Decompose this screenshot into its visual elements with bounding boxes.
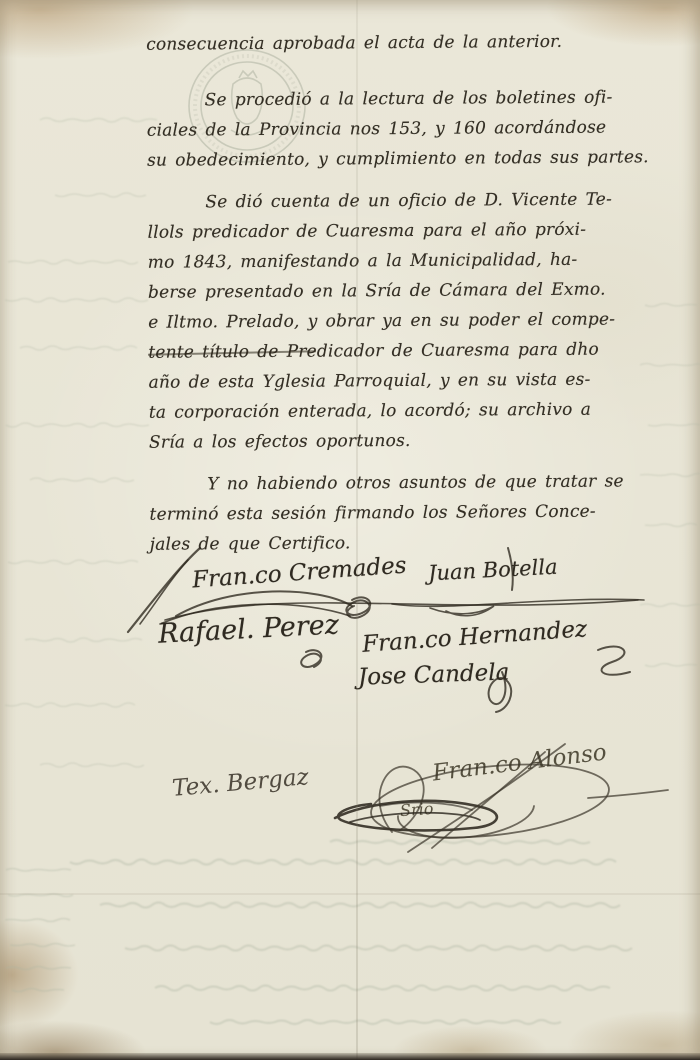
body-text: consecuencia aprobada el acta de la ante… (146, 26, 650, 571)
manuscript-line: terminó esta sesión firmando los Señores… (149, 496, 649, 529)
manuscript-line: consecuencia aprobada el acta de la ante… (146, 26, 646, 59)
manuscript-line: berse presentado en la Sría de Cámara de… (148, 274, 648, 307)
signature-perez: Rafael. Perez (157, 609, 339, 649)
signature-candela: Jose Candela (358, 659, 510, 690)
manuscript-line: e Iltmo. Prelado, y obrar ya en su poder… (148, 304, 648, 337)
fold-crease-vertical (356, 0, 358, 1060)
manuscript-page: consecuencia aprobada el acta de la ante… (0, 0, 700, 1060)
manuscript-line: Se dió cuenta de un oficio de D. Vicente… (147, 184, 647, 217)
signature-alonso: Fran.co Alonso (431, 739, 608, 786)
manuscript-line: ciales de la Provincia nos 153, y 160 ac… (147, 112, 647, 145)
manuscript-line: año de esta Yglesia Parroquial, y en su … (148, 364, 648, 397)
manuscript-line: tente título de Predicador de Cuaresma p… (148, 334, 648, 367)
signature-hernandez: Fran.co Hernandez (361, 616, 588, 658)
manuscript-line: su obedecimiento, y cumplimiento en toda… (147, 142, 647, 175)
manuscript-line: ta corporación enterada, lo acordó; su a… (149, 394, 649, 427)
manuscript-line: Y no habiendo otros asuntos de que trata… (149, 466, 649, 499)
manuscript-line: llols predicador de Cuaresma para el año… (147, 214, 647, 247)
manuscript-line: Se procedió a la lectura de los boletine… (147, 82, 647, 115)
signature-alonso-title: Srio (399, 799, 434, 820)
signature-bergaz: Tex. Bergaz (171, 764, 310, 802)
manuscript-line: mo 1843, manifestando a la Municipalidad… (148, 244, 648, 277)
fold-crease-horizontal (0, 893, 700, 895)
scan-edge (0, 1053, 700, 1060)
manuscript-line: Sría a los efectos oportunos. (149, 424, 649, 457)
